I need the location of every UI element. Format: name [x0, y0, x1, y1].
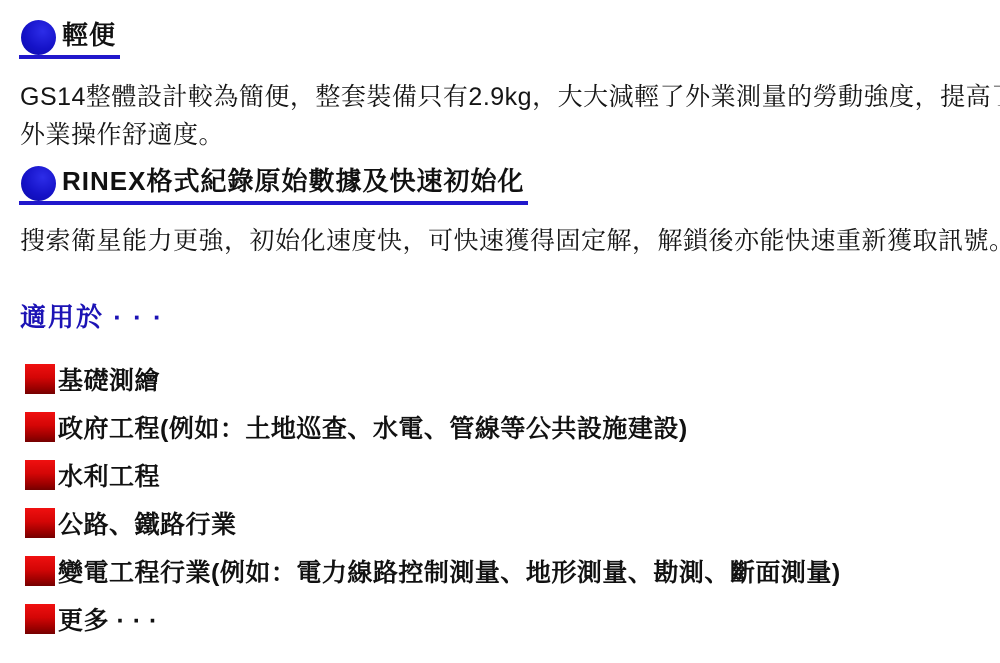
list-item: 公路、鐵路行業	[25, 508, 841, 538]
applications-list: 基礎測繪 政府工程(例如：土地巡查、水電、管線等公共設施建設) 水利工程 公路、…	[25, 364, 841, 652]
list-item-label: 變電工程行業(例如：電力線路控制測量、地形測量、勘測、斷面測量)	[58, 553, 841, 589]
red-square-bullet-icon	[25, 412, 55, 442]
document-page: 輕便 GS14整體設計較為簡便，整套裝備只有2.9kg，大大減輕了外業測量的勞動…	[0, 0, 1000, 663]
blue-ball-bullet-icon	[21, 20, 56, 55]
section-title: RINEX格式紀錄原始數據及快速初始化	[62, 161, 524, 198]
list-item-label: 公路、鐵路行業	[58, 505, 237, 541]
paragraph-rinex: 搜索衛星能力更強，初始化速度快，可快速獲得固定解，解鎖後亦能快速重新獲取訊號。	[20, 222, 1000, 260]
list-item: 政府工程(例如：土地巡查、水電、管線等公共設施建設)	[25, 412, 841, 442]
list-item: 基礎測繪	[25, 364, 841, 394]
blue-ball-bullet-icon	[21, 166, 56, 201]
list-item: 更多 · · ·	[25, 604, 841, 634]
list-item-label: 水利工程	[58, 457, 160, 493]
list-item: 水利工程	[25, 460, 841, 490]
paragraph-line: GS14整體設計較為簡便，整套裝備只有2.9kg，大大減輕了外業測量的勞動強度，…	[20, 78, 1000, 116]
list-item-label: 更多 · · ·	[58, 601, 158, 637]
red-square-bullet-icon	[25, 364, 55, 394]
section-heading-lightweight: 輕便	[19, 15, 120, 59]
list-item-label: 政府工程(例如：土地巡查、水電、管線等公共設施建設)	[58, 409, 688, 445]
list-item: 變電工程行業(例如：電力線路控制測量、地形測量、勘測、斷面測量)	[25, 556, 841, 586]
paragraph-lightweight: GS14整體設計較為簡便，整套裝備只有2.9kg，大大減輕了外業測量的勞動強度，…	[20, 78, 1000, 154]
red-square-bullet-icon	[25, 508, 55, 538]
red-square-bullet-icon	[25, 460, 55, 490]
paragraph-line: 外業操作舒適度。	[20, 116, 1000, 154]
section-title: 輕便	[62, 15, 116, 52]
list-item-label: 基礎測繪	[58, 361, 160, 397]
paragraph-line: 搜索衛星能力更強，初始化速度快，可快速獲得固定解，解鎖後亦能快速重新獲取訊號。	[20, 222, 1000, 260]
red-square-bullet-icon	[25, 556, 55, 586]
section-heading-rinex: RINEX格式紀錄原始數據及快速初始化	[19, 161, 528, 205]
red-square-bullet-icon	[25, 604, 55, 634]
applications-label: 適用於 · · ·	[20, 297, 164, 334]
